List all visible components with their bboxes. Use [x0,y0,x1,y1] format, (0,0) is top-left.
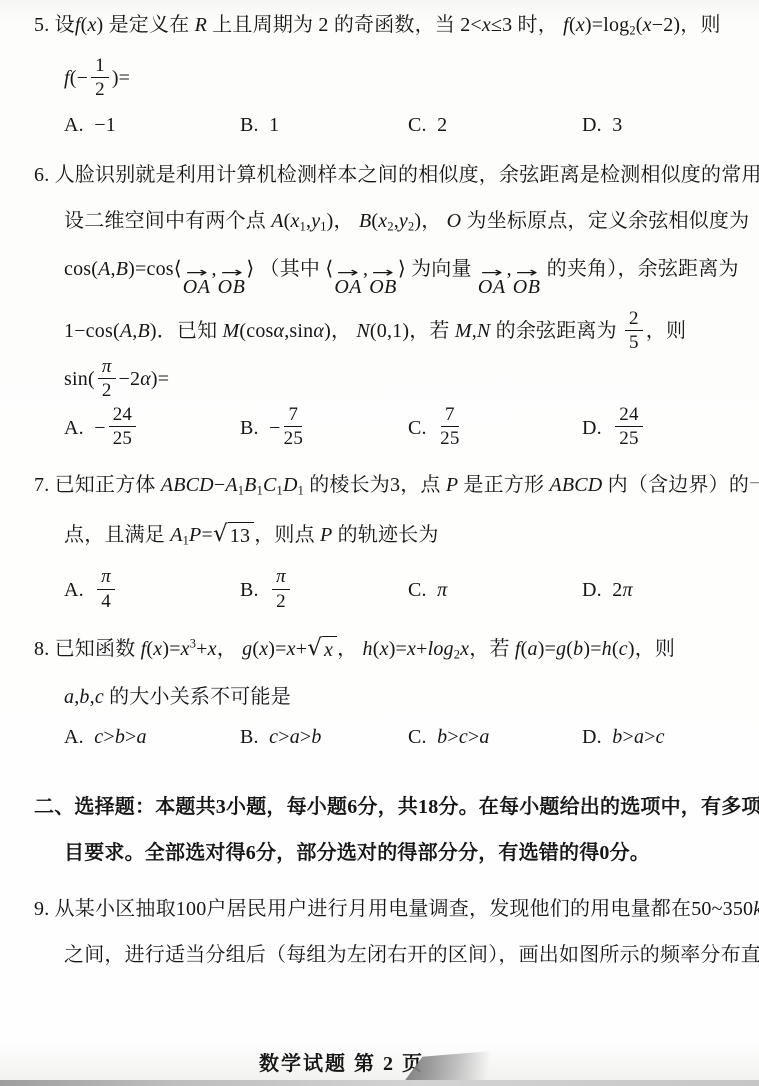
question-5-option-b: B. 1 [240,110,408,140]
question-7-option-b: B. π2 [240,566,408,614]
question-5-option-d: D. 3 [582,110,737,140]
question-8-line-2: a,b,c 的大小关系不可能是 [64,682,737,712]
square-root: √x [307,636,337,661]
question-5-line-1: 5. 设f(x) 是定义在 R 上且周期为 2 的奇函数，当 2<x≤3 时， … [34,10,737,40]
question-6-line-3: cos(A,B)=cos⟨→OA,→OB⟩ （其中 ⟨→OA,→OB⟩ 为向量 … [64,250,737,297]
section-2-line-1: 二、选择题：本题共3小题，每小题6分，共18分。在每小题给出的选项中，有多项符合… [34,792,737,822]
question-7-line-1: 7. 已知正方体 ABCD−A1B1C1D1 的棱长为3，点 P 是正方形 AB… [34,470,737,500]
question-5-option-a: A. −1 [64,110,240,140]
radical-icon: √ [307,636,322,660]
fraction: π2 [272,566,290,612]
question-7-option-c: C. π [408,566,582,614]
question-8-option-c: C. b>c>a [408,722,582,752]
question-8-option-b: B. c>a>b [240,722,408,752]
vector-arrow-icon: → [185,270,208,277]
vector-arrow-icon: → [480,270,503,277]
vector-arrow-icon: → [337,270,360,277]
question-6-option-c: C. 725 [408,404,582,452]
question-5-options: A. −1 B. 1 C. 2 D. 3 [64,110,737,140]
square-root: √13 [213,522,254,547]
fraction: π4 [97,566,115,612]
vector: →OB [513,270,541,297]
question-5-formula: f(−12)= [64,54,737,102]
section-2-line-2: 目要求。全部选对得6分，部分选对的得部分分，有选错的得0分。 [64,838,737,868]
section-2-header: 二、选择题：本题共3小题，每小题6分，共18分。在每小题给出的选项中，有多项符合… [34,792,737,868]
scan-edge-shadow [0,1080,759,1086]
fraction: 25 [625,308,643,354]
question-7-options: A. π4 B. π2 C. π D. 2π [64,566,737,614]
question-6-line-2: 设二维空间中有两个点 A(x1,y1)， B(x2,y2)， O 为坐标原点，定… [64,206,737,236]
question-8-option-d: D. b>a>c [582,722,737,752]
vector: →OB [369,270,397,297]
question-6-options: A. −2425 B. −725 C. 725 D. 2425 [64,404,737,452]
question-8-options: A. c>b>a B. c>a>b C. b>c>a D. b>a>c [64,722,737,752]
fraction: π2 [98,356,116,402]
vector: →OA [334,270,362,297]
question-7-option-d: D. 2π [582,566,737,614]
vector: →OA [478,270,506,297]
page-footer: 数学试题 第 2 页 [0,1047,759,1076]
question-5-option-c: C. 2 [408,110,582,140]
question-6-option-b: B. −725 [240,404,408,452]
vector-arrow-icon: → [515,270,538,277]
question-6-option-d: D. 2425 [582,404,737,452]
question-7: 7. 已知正方体 ABCD−A1B1C1D1 的棱长为3，点 P 是正方形 AB… [34,470,737,614]
fraction: 725 [284,404,303,450]
vector: →OB [218,270,246,297]
page-footer-text: 数学试题 第 2 页 [259,1047,424,1076]
fraction: 2425 [109,404,136,450]
question-5: 5. 设f(x) 是定义在 R 上且周期为 2 的奇函数，当 2<x≤3 时， … [34,10,737,140]
question-8: 8. 已知函数 f(x)=x3+x， g(x)=x+√x， h(x)=x+log… [34,630,737,752]
vector-arrow-icon: → [220,270,243,277]
vector: →OA [183,270,211,297]
question-9: 9. 从某小区抽取100户居民用户进行月用电量调查，发现他们的用电量都在50~3… [34,894,737,970]
question-9-line-2: 之间，进行适当分组后（每组为左闭右开的区间），画出如图所示的频率分布直方图． [64,940,737,970]
question-6-line-4: 1−cos(A,B)．已知 M(cosα,sinα)， N(0,1)，若 M,N… [64,307,737,355]
question-6: 6. 人脸识别就是利用计算机检测样本之间的相似度，余弦距离是检测相似度的常用方法… [34,160,737,452]
radical-icon: √ [213,522,228,546]
vector-arrow-icon: → [372,270,395,277]
question-7-option-a: A. π4 [64,566,240,614]
fraction: 12 [91,55,109,101]
fraction: 2425 [615,404,642,450]
question-6-line-1: 6. 人脸识别就是利用计算机检测样本之间的相似度，余弦距离是检测相似度的常用方法… [34,160,737,190]
question-7-line-2: 点，且满足 A1P=√13，则点 P 的轨迹长为 [64,516,737,554]
question-8-line-1: 8. 已知函数 f(x)=x3+x， g(x)=x+√x， h(x)=x+log… [34,630,737,668]
exam-page: 5. 设f(x) 是定义在 R 上且周期为 2 的奇函数，当 2<x≤3 时， … [0,0,759,1086]
question-9-line-1: 9. 从某小区抽取100户居民用户进行月用电量调查，发现他们的用电量都在50~3… [34,894,737,924]
question-6-formula: sin(π2−2α)= [64,355,737,403]
question-8-option-a: A. c>b>a [64,722,240,752]
fraction: 725 [440,404,459,450]
question-6-option-a: A. −2425 [64,404,240,452]
